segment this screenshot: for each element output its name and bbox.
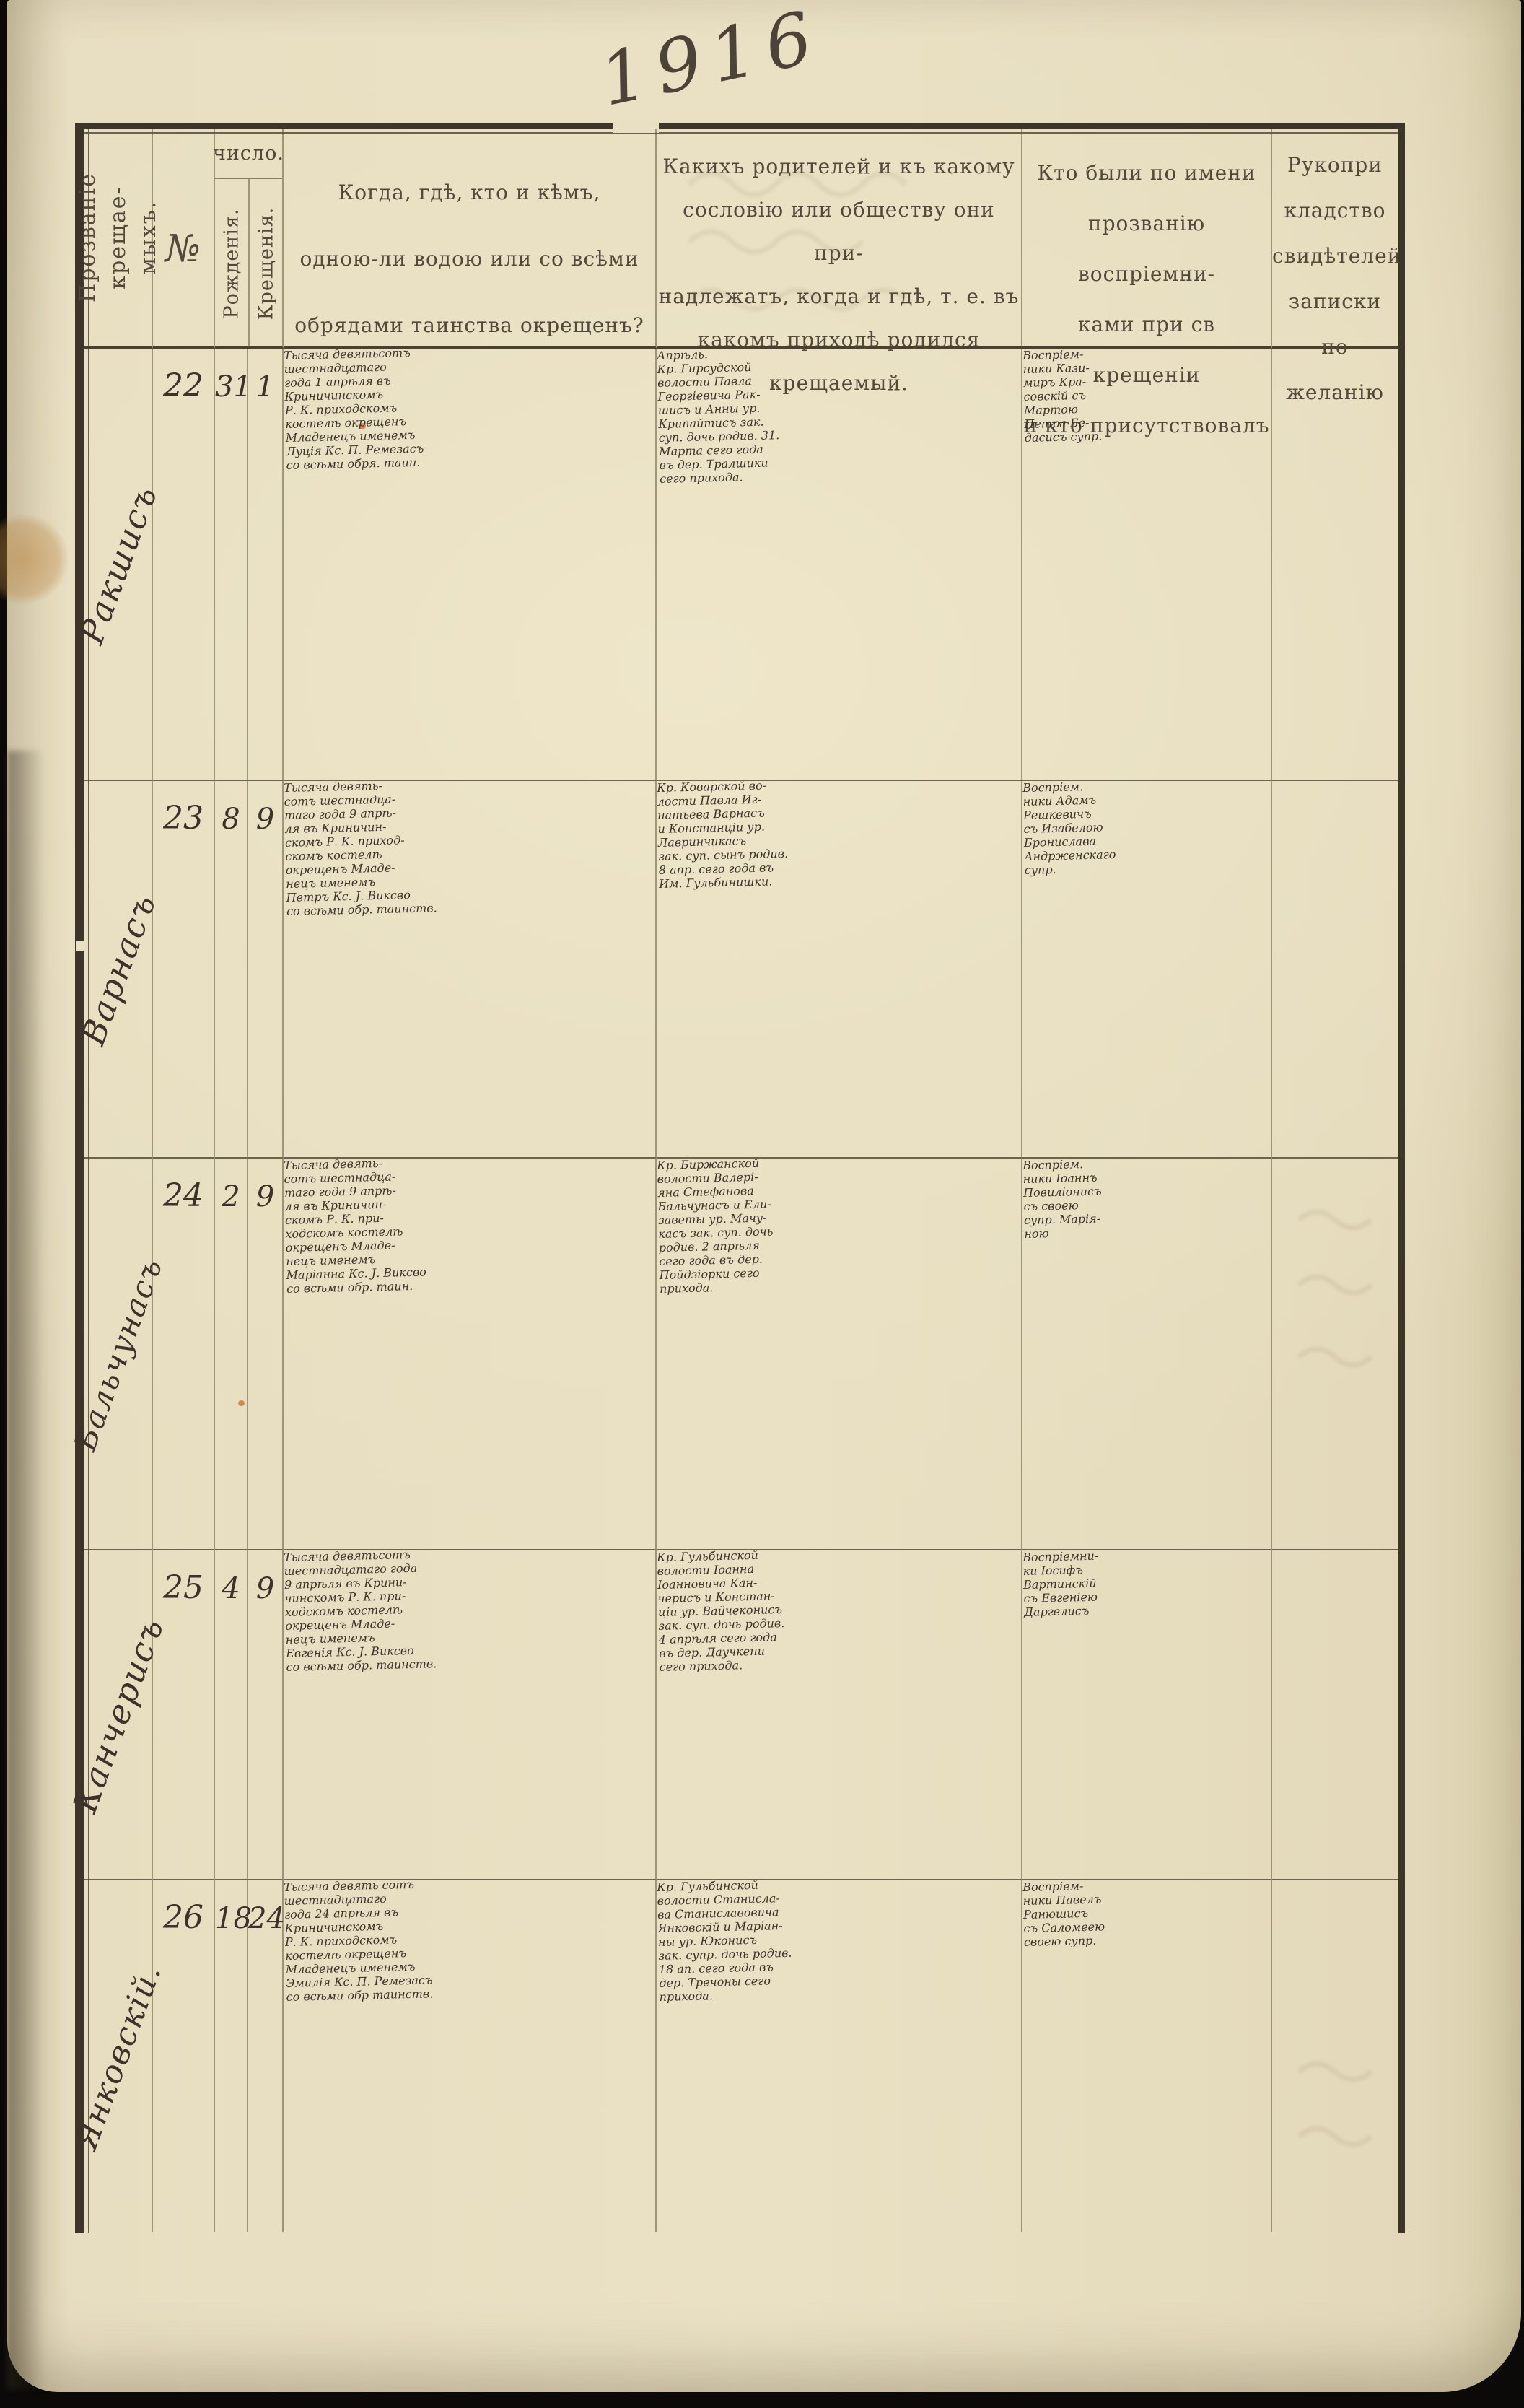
header-signatures: Рукопри кладство свидѣтелей записки по ж… xyxy=(1272,129,1398,349)
row-25-signature-cell xyxy=(1272,1550,1398,1880)
godparents-record-text: Воспріем. ники Адамъ Решкевичъ съ Изабел… xyxy=(1022,775,1273,877)
godparents-record-text: Воспріем- ники Кази- миръ Кра- совскій с… xyxy=(1022,343,1273,445)
row-24-godparents-record: Воспріем. ники Іоаннъ Повиліонисъ съ сво… xyxy=(1022,1159,1272,1550)
row-22-baptism-record: Тысяча девятьсотъ шестнадцатаго года 1 а… xyxy=(284,349,657,781)
row-22-birth-day: 31 xyxy=(215,349,248,781)
godparents-record-text: Воспріем. ники Іоаннъ Повиліонисъ съ сво… xyxy=(1022,1153,1272,1241)
godparents-record-text: Воспріем- ники Павелъ Ранюшисъ съ Саломе… xyxy=(1022,1875,1272,1949)
row-26-birth-day: 18 xyxy=(215,1880,248,2232)
header-birth-label: Рожденія. xyxy=(221,208,243,318)
header-number: № xyxy=(153,129,215,349)
header-when-where: Когда, гдѣ, кто и кѣмъ, одною-ли водою и… xyxy=(284,129,657,349)
surname-value: Варнасъ xyxy=(73,888,164,1050)
row-23-godparents-record: Воспріем. ники Адамъ Решкевичъ съ Изабел… xyxy=(1022,781,1272,1159)
row-25-baptism-record: Тысяча девятьсотъ шестнадцатаго года 9 а… xyxy=(284,1550,657,1880)
header-baptism-label: Крещенія. xyxy=(255,206,277,320)
baptism-record-text: Тысяча девятьсотъ шестнадцатаго года 1 а… xyxy=(284,340,658,472)
row-24-baptism-day: 9 xyxy=(248,1159,284,1550)
header-date-group: число. Рожденія. Крещенія. xyxy=(215,129,284,349)
table-row-23-surname: Варнасъ xyxy=(84,781,153,1159)
scanned-register-page: 1916 Прозваніе крещае- мыхъ. № число. Ро… xyxy=(0,0,1524,2408)
baptism-record-text: Тысяча девять- сотъ шестнадца- таго года… xyxy=(284,1150,658,1296)
header-birth: Рожденія. xyxy=(215,179,250,347)
row-22-signature-cell xyxy=(1272,349,1398,781)
parents-record-text: Кр. Коварской во- лости Павла Иг- натьев… xyxy=(657,773,1023,891)
row-23-baptism-record: Тысяча девять- сотъ шестнадца- таго года… xyxy=(284,781,657,1159)
parents-record-text: Кр. Биржанской волости Валері- яна Стефа… xyxy=(657,1151,1024,1296)
table-row-24-surname: Бальчунасъ xyxy=(84,1159,153,1550)
row-23-baptism-day: 9 xyxy=(248,781,284,1159)
header-surname: Прозваніе крещае- мыхъ. xyxy=(84,129,153,349)
row-24-baptism-record: Тысяча девять- сотъ шестнадца- таго года… xyxy=(284,1159,657,1550)
row-25-godparents-record: Воспріемни- ки Іосифъ Вартинскій съ Евге… xyxy=(1022,1550,1272,1880)
row-24-signature-cell xyxy=(1272,1159,1398,1550)
table-row-25-surname: Канчерисъ xyxy=(84,1550,153,1880)
header-date-label: число. xyxy=(215,129,282,179)
header-parents: Какихъ родителей и къ какому сословію ил… xyxy=(657,129,1022,349)
row-24-birth-day: 2 xyxy=(215,1159,248,1550)
baptism-record-text: Тысяча девятьсотъ шестнадцатаго года 9 а… xyxy=(284,1542,658,1674)
row-26-number: 26 xyxy=(153,1880,215,2232)
row-23-parents-record: Кр. Коварской во- лости Павла Иг- натьев… xyxy=(657,781,1022,1159)
row-26-baptism-day: 24 xyxy=(248,1880,284,2232)
row-24-number: 24 xyxy=(153,1159,215,1550)
baptism-record-text: Тысяча девять- сотъ шестнадца- таго года… xyxy=(284,772,658,918)
row-23-signature-cell xyxy=(1272,781,1398,1159)
row-22-number: 22 xyxy=(153,349,215,781)
row-24-parents-record: Кр. Биржанской волости Валері- яна Стефа… xyxy=(657,1159,1022,1550)
header-date-subcolumns: Рожденія. Крещенія. xyxy=(215,179,282,347)
row-22-parents-record: Апрѣль. Кр. Гирсудской волости Павла Гео… xyxy=(657,349,1022,781)
row-25-number: 25 xyxy=(153,1550,215,1880)
row-25-birth-day: 4 xyxy=(215,1550,248,1880)
register-table: Прозваніе крещае- мыхъ. № число. Рождені… xyxy=(84,129,1398,2232)
row-22-godparents-record: Воспріем- ники Кази- миръ Кра- совскій с… xyxy=(1022,349,1272,781)
parents-record-text: Апрѣль. Кр. Гирсудской волости Павла Гео… xyxy=(657,341,1024,486)
row-26-signature-cell xyxy=(1272,1880,1398,2232)
parents-record-text: Кр. Гульбинской волости Іоанна Іоаннович… xyxy=(657,1543,1024,1674)
row-25-baptism-day: 9 xyxy=(248,1550,284,1880)
godparents-record-text: Воспріемни- ки Іосифъ Вартинскій съ Евге… xyxy=(1022,1545,1272,1619)
binding-gutter-shadow xyxy=(7,751,45,2389)
surname-value: Ракшисъ xyxy=(71,479,165,648)
table-row-26-surname: Янковскій. xyxy=(84,1880,153,2232)
row-23-birth-day: 8 xyxy=(215,781,248,1159)
header-surname-label: Прозваніе крещае- мыхъ. xyxy=(73,173,164,302)
row-23-number: 23 xyxy=(153,781,215,1159)
row-26-parents-record: Кр. Гульбинской волости Станисла- ва Ста… xyxy=(657,1880,1022,2232)
row-26-baptism-record: Тысяча девять сотъ шестнадцатаго года 24… xyxy=(284,1880,657,2232)
row-26-godparents-record: Воспріем- ники Павелъ Ранюшисъ съ Саломе… xyxy=(1022,1880,1272,2232)
row-25-parents-record: Кр. Гульбинской волости Іоанна Іоаннович… xyxy=(657,1550,1022,1880)
baptism-record-text: Тысяча девять сотъ шестнадцатаго года 24… xyxy=(284,1872,658,2004)
row-22-baptism-day: 1 xyxy=(248,349,284,781)
parents-record-text: Кр. Гульбинской волости Станисла- ва Ста… xyxy=(657,1872,1024,2004)
header-godparents: Кто были по имени прозванію воспріемни- … xyxy=(1022,129,1272,349)
table-row-22-surname: Ракшисъ xyxy=(84,349,153,781)
header-baptism: Крещенія. xyxy=(250,179,282,347)
